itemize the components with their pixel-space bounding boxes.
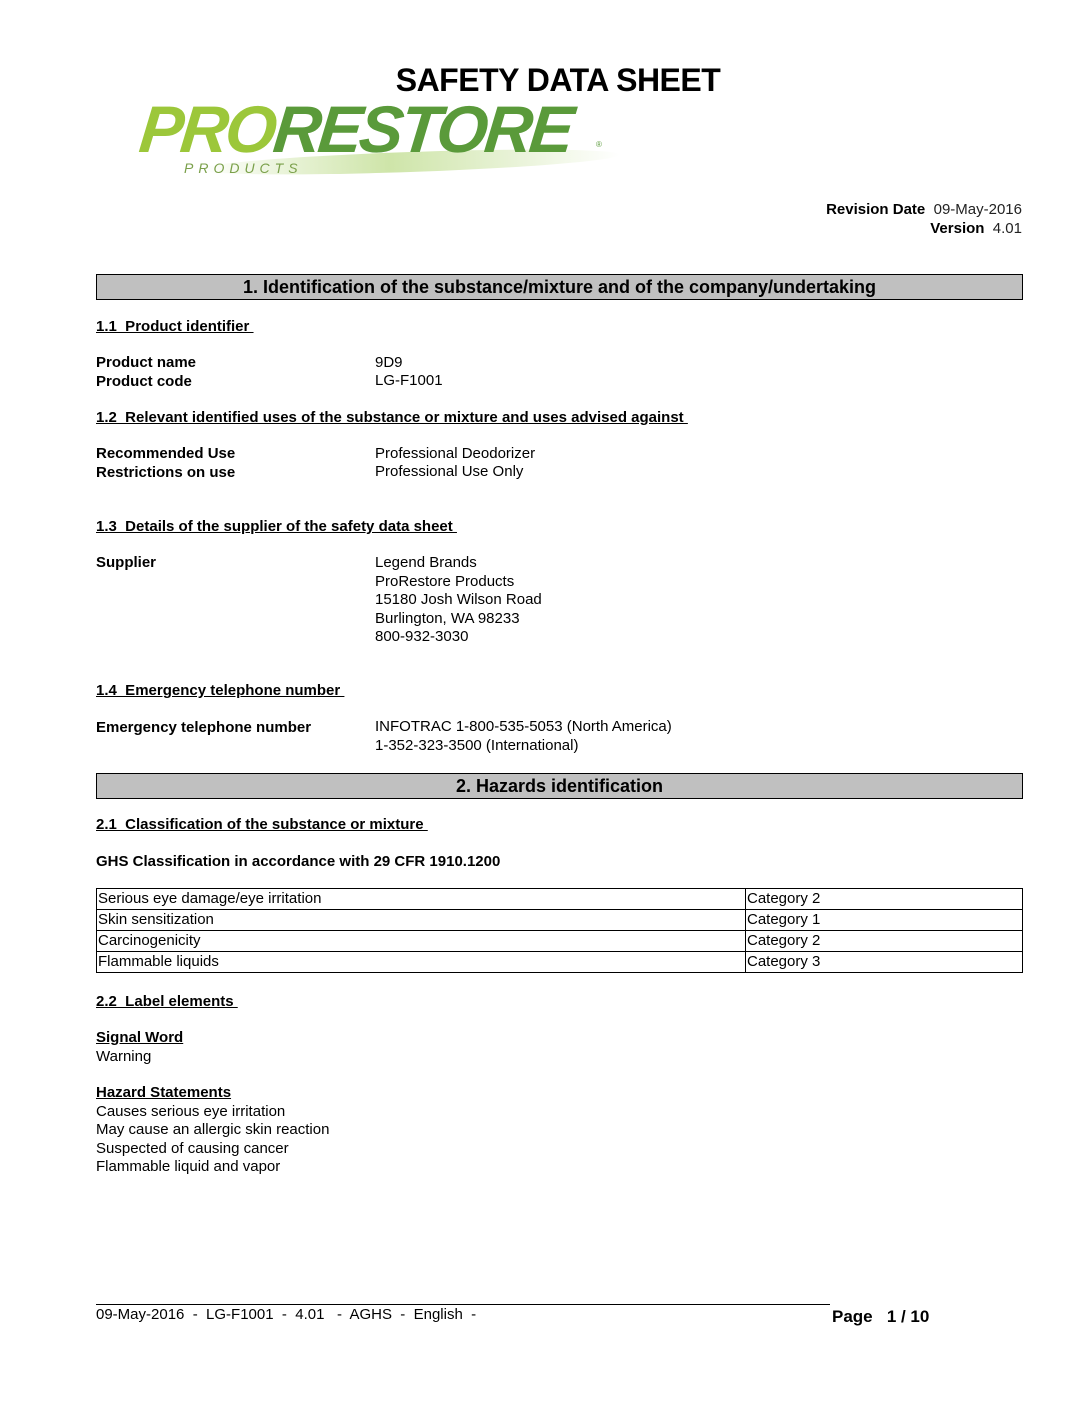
logo-wordmark: PRORESTORE [137,96,575,162]
subsection-1-3-heading: 1.3 Details of the supplier of the safet… [96,518,457,535]
hazard-category-cell: Category 1 [746,910,1023,931]
page-count: 1 / 10 [887,1307,930,1326]
logo-word-restore: RESTORE [270,92,575,166]
hazard-class-cell: Skin sensitization [97,910,746,931]
signal-word-value: Warning [96,1048,183,1067]
ghs-classification-heading: GHS Classification in accordance with 29… [96,853,500,870]
supplier-line: Legend Brands [375,554,542,573]
ghs-classification-table: Serious eye damage/eye irritation Catego… [96,888,1023,973]
hazard-class-cell: Flammable liquids [97,952,746,973]
table-row: Skin sensitization Category 1 [97,910,1023,931]
recommended-use-value: Professional Deodorizer [375,445,535,464]
hazard-statement: Suspected of causing cancer [96,1140,329,1159]
version-label: Version [930,220,984,237]
product-name-value: 9D9 [375,354,403,373]
revision-date-label: Revision Date [826,201,925,218]
supplier-address: Legend Brands ProRestore Products 15180 … [375,554,542,647]
section-2-header: 2. Hazards identification [96,773,1023,799]
supplier-line: 15180 Josh Wilson Road [375,591,542,610]
hazard-category-cell: Category 3 [746,952,1023,973]
hazard-statements-label: Hazard Statements [96,1084,329,1103]
hazard-statements-block: Hazard Statements Causes serious eye irr… [96,1084,329,1177]
registered-mark: ® [596,140,602,149]
supplier-label: Supplier [96,554,156,571]
hazard-statement: Causes serious eye irritation [96,1103,329,1122]
product-code-label: Product code [96,373,192,390]
emergency-phone-values: INFOTRAC 1-800-535-5053 (North America) … [375,718,672,755]
restrictions-value: Professional Use Only [375,463,523,482]
page-number: Page 1 / 10 [832,1307,929,1327]
emergency-phone-label: Emergency telephone number [96,719,311,736]
subsection-1-1-heading: 1.1 Product identifier [96,318,254,335]
table-row: Flammable liquids Category 3 [97,952,1023,973]
hazard-category-cell: Category 2 [746,889,1023,910]
prorestore-logo: PRORESTORE ® PRODUCTS [140,96,610,186]
emergency-phone-line: 1-352-323-3500 (International) [375,737,672,756]
product-code-value: LG-F1001 [375,372,443,391]
section-1-header: 1. Identification of the substance/mixtu… [96,274,1023,300]
subsection-1-2-heading: 1.2 Relevant identified uses of the subs… [96,409,688,426]
version-value: 4.01 [993,220,1022,237]
logo-word-pro: PRO [136,92,278,166]
subsection-1-4-heading: 1.4 Emergency telephone number [96,682,344,699]
footer-document-info: 09-May-2016 - LG-F1001 - 4.01 - AGHS - E… [96,1306,476,1323]
footer-divider [96,1304,830,1305]
supplier-line: Burlington, WA 98233 [375,610,542,629]
hazard-category-cell: Category 2 [746,931,1023,952]
hazard-statement: Flammable liquid and vapor [96,1158,329,1177]
version: Version 4.01 [930,220,1022,237]
signal-word-block: Signal Word Warning [96,1029,183,1066]
table-row: Carcinogenicity Category 2 [97,931,1023,952]
revision-date-value: 09-May-2016 [934,201,1022,218]
hazard-statement: May cause an allergic skin reaction [96,1121,329,1140]
emergency-phone-line: INFOTRAC 1-800-535-5053 (North America) [375,718,672,737]
hazard-class-cell: Carcinogenicity [97,931,746,952]
logo-subtitle: PRODUCTS [184,160,303,176]
restrictions-label: Restrictions on use [96,464,235,481]
subsection-2-2-heading: 2.2 Label elements [96,993,238,1010]
recommended-use-label: Recommended Use [96,445,235,462]
revision-date: Revision Date 09-May-2016 [826,201,1022,218]
page-label: Page [832,1307,873,1326]
table-row: Serious eye damage/eye irritation Catego… [97,889,1023,910]
subsection-2-1-heading: 2.1 Classification of the substance or m… [96,816,428,833]
supplier-phone: 800-932-3030 [375,628,542,647]
hazard-class-cell: Serious eye damage/eye irritation [97,889,746,910]
signal-word-label: Signal Word [96,1029,183,1048]
supplier-line: ProRestore Products [375,573,542,592]
product-name-label: Product name [96,354,196,371]
